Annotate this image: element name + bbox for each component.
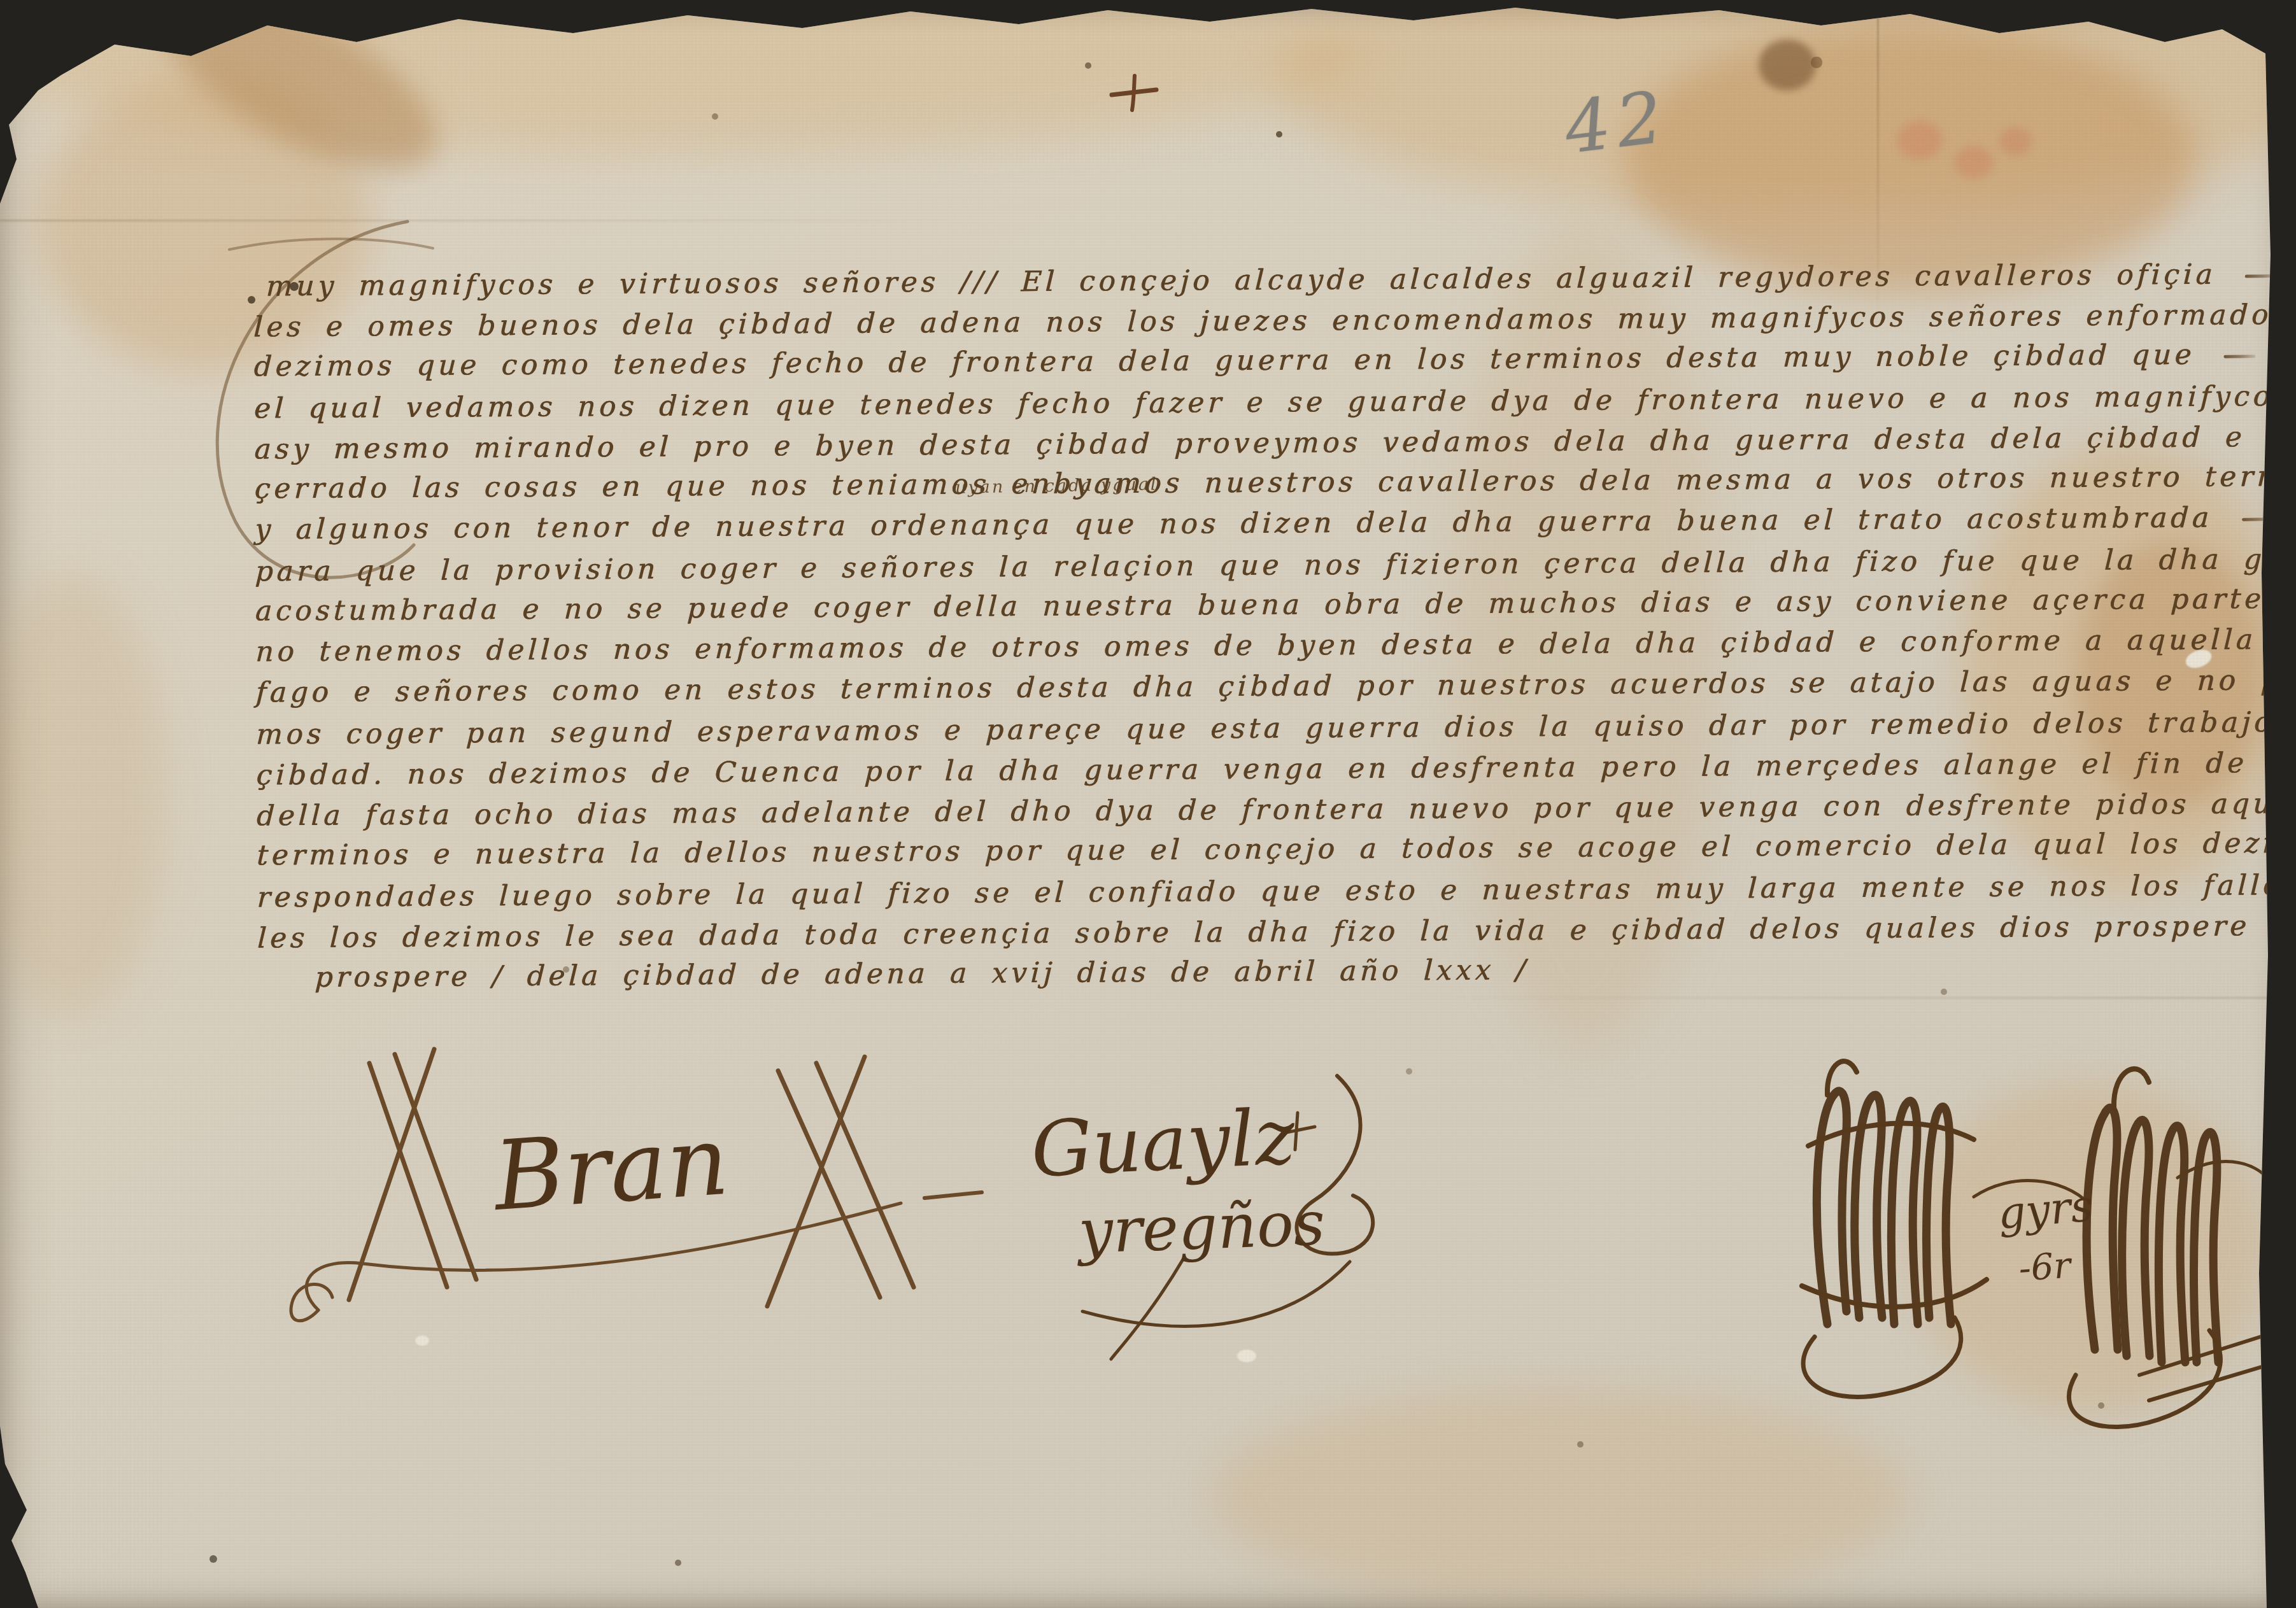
rubric-note-line2: -6r [2017,1245,2074,1290]
text-block: muy magnifycos e virtuosos señores /// E… [253,250,2243,994]
signature-center-line1: Guaylz [1029,1092,1298,1195]
invocation-cross-icon [1108,73,1161,114]
rubric-note-line1: gyrs [1996,1181,2095,1239]
ink-specks [0,0,4,4]
signature-center: Guaylz yregños [993,1038,1388,1369]
stain-top-right-blotch [1759,39,1816,90]
line-end-flourish [2245,274,2277,278]
interlinear-insertion: uyan en cada ygual [955,474,1158,498]
signature-rubrics-right: gyrs -6r [1732,1019,2292,1439]
fold-crease-horizontal [1401,997,2279,999]
line-end-flourish [2242,518,2274,521]
signature-left-name: Bran [488,1106,732,1232]
stain-top-left-streak [136,0,462,205]
signature-center-line2: yregños [1075,1188,1326,1268]
stamp-remnant-red [1897,121,1942,159]
line-end-flourish [2279,926,2296,930]
manuscript-paper: 42 muy magnifycos e virtuosos señores //… [0,0,2296,1608]
stamp-remnant-red [1955,146,1993,178]
manuscript-line-text: prospere / dela çibdad de adena a xvij d… [315,954,1530,994]
signature-left: Bran [274,1012,987,1330]
photograph-backdrop: 42 muy magnifycos e virtuosos señores //… [0,0,2296,1608]
stain-left-middle [0,573,166,1019]
page-number-pencil: 42 [1561,76,1673,171]
line-end-flourish [2224,355,2256,358]
paper-chip [415,1336,429,1346]
stain-top-band-right [1273,0,2296,210]
stamp-remnant-red [1999,127,2031,155]
